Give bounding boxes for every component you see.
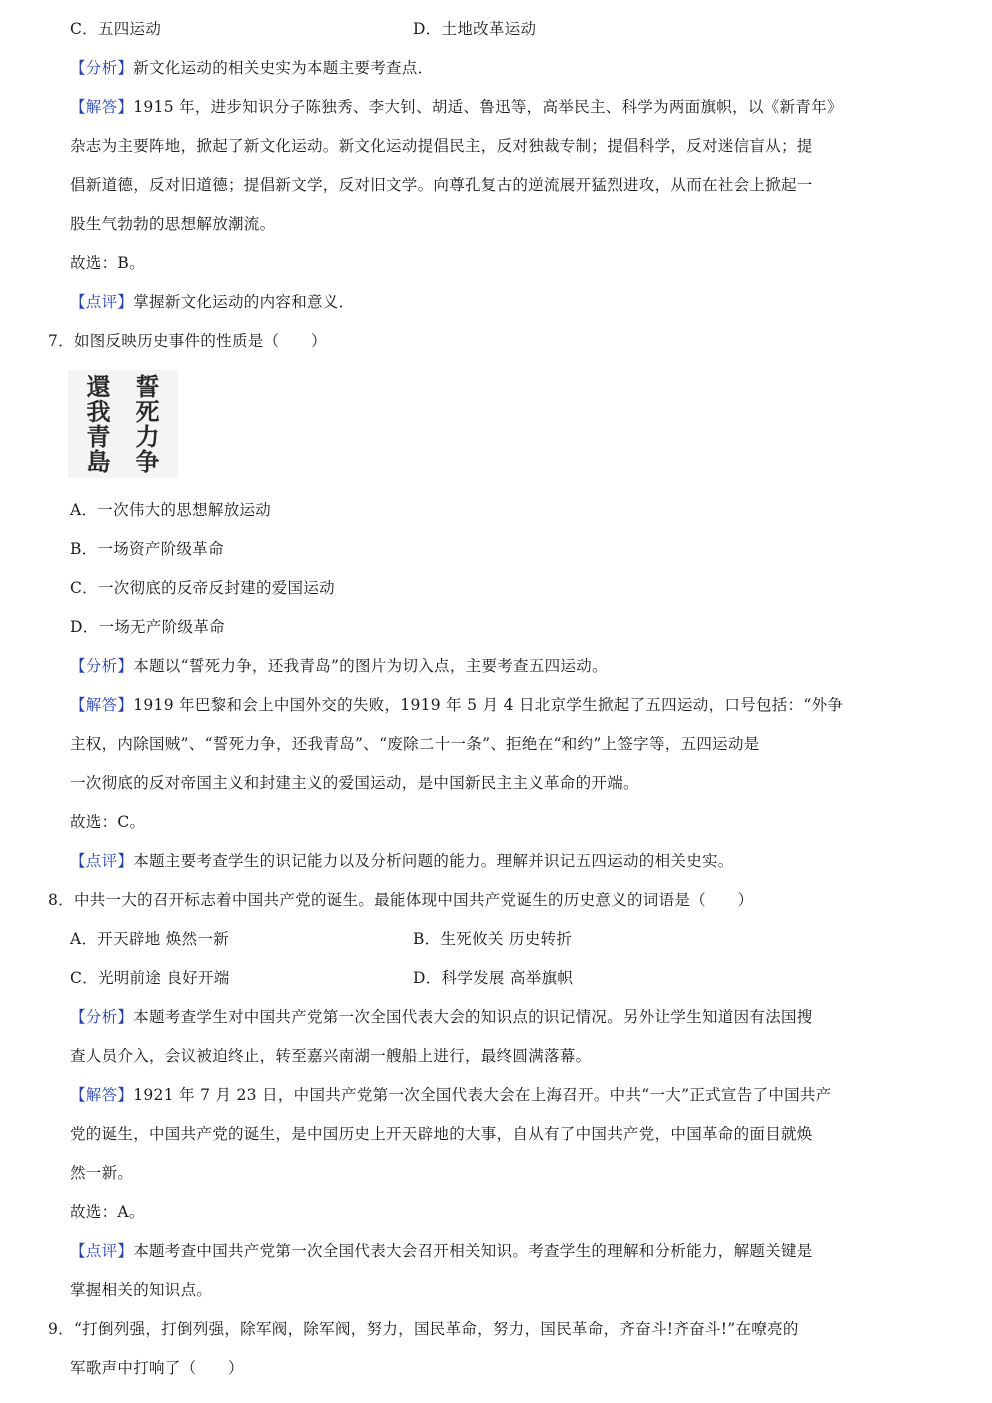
q8-stem: 8．中共一大的召开标志着中国共产党的诞生。最能体现中国共产党诞生的历史意义的词语… [48, 890, 753, 910]
q7-option-a: A．一次伟大的思想解放运动 [70, 500, 271, 520]
q8-option-b: B．生死攸关 历史转折 [413, 929, 572, 949]
q7-answer-line-1: 【解答】1919 年巴黎和会上中国外交的失败，1919 年 5 月 4 日北京学… [70, 695, 843, 715]
comment-text: 本题主要考查学生的识记能力以及分析问题的能力。理解并识记五四运动的相关史实。 [133, 852, 733, 870]
q8-option-c: C．光明前途 良好开端 [70, 968, 230, 988]
analysis-tag: 【分析】 [70, 1008, 133, 1026]
q6-answer-line-1: 【解答】1915 年，进步知识分子陈独秀、李大钊、胡适、鲁迅等，高举民主、科学为… [70, 97, 843, 117]
slogan-char: 力 [136, 425, 160, 449]
slogan-image: 還 我 青 島 誓 死 力 争 [68, 370, 178, 478]
q7-stem: 7．如图反映历史事件的性质是（ ） [48, 331, 327, 351]
q8-option-d: D．科学发展 高举旗帜 [413, 968, 573, 988]
q7-option-c: C．一次彻底的反帝反封建的爱国运动 [70, 578, 335, 598]
slogan-char: 死 [136, 400, 160, 424]
answer-tag: 【解答】 [70, 696, 133, 714]
slogan-right-column: 誓 死 力 争 [123, 374, 172, 474]
slogan-char: 我 [87, 400, 111, 424]
slogan-left-column: 還 我 青 島 [74, 374, 123, 474]
q6-analysis: 【分析】新文化运动的相关史实为本题主要考查点． [70, 58, 433, 78]
q8-option-a: A．开天辟地 焕然一新 [70, 929, 229, 949]
q8-analysis-line-1: 【分析】本题考查学生对中国共产党第一次全国代表大会的知识点的识记情况。另外让学生… [70, 1007, 813, 1027]
q6-answer-line-3: 倡新道德，反对旧道德；提倡新文学，反对旧文学。向尊孔复古的逆流展开猛烈进攻，从而… [70, 175, 813, 195]
slogan-char: 還 [87, 375, 111, 399]
analysis-tag: 【分析】 [70, 657, 133, 675]
comment-tag: 【点评】 [70, 1242, 133, 1260]
analysis-text: 本题考查学生对中国共产党第一次全国代表大会的知识点的识记情况。另外让学生知道因有… [133, 1008, 812, 1026]
q8-analysis-line-2: 查人员介入，会议被迫终止，转至嘉兴南湖一艘船上进行，最终圆满落幕。 [70, 1046, 591, 1066]
answer-tag: 【解答】 [70, 98, 133, 116]
comment-tag: 【点评】 [70, 852, 133, 870]
q6-answer-line-4: 股生气勃勃的思想解放潮流。 [70, 214, 275, 234]
q7-analysis: 【分析】本题以“誓死力争，还我青岛”的图片为切入点，主要考查五四运动。 [70, 656, 608, 676]
answer-text: 1919 年巴黎和会上中国外交的失败，1919 年 5 月 4 日北京学生掀起了… [133, 696, 843, 714]
q6-option-c: C．五四运动 [70, 19, 161, 39]
comment-text: 掌握新文化运动的内容和意义． [133, 293, 354, 311]
q9-stem-line-1: 9．“打倒列强，打倒列强，除军阀，除军阀，努力，国民革命，努力，国民革命，齐奋斗… [48, 1319, 799, 1339]
slogan-char: 誓 [136, 375, 160, 399]
q9-stem-line-2: 军歌声中打响了（ ） [70, 1358, 244, 1378]
answer-text: 1921 年 7 月 23 日，中国共产党第一次全国代表大会在上海召开。中共“一… [133, 1086, 831, 1104]
q7-comment: 【点评】本题主要考查学生的识记能力以及分析问题的能力。理解并识记五四运动的相关史… [70, 851, 734, 871]
q8-answer-line-2: 党的诞生，中国共产党的诞生，是中国历史上开天辟地的大事，自从有了中国共产党，中国… [70, 1124, 813, 1144]
answer-tag: 【解答】 [70, 1086, 133, 1104]
slogan-char: 争 [136, 450, 160, 474]
q6-answer-line-2: 杂志为主要阵地，掀起了新文化运动。新文化运动提倡民主，反对独裁专制；提倡科学，反… [70, 136, 813, 156]
analysis-tag: 【分析】 [70, 59, 133, 77]
answer-text: 1915 年，进步知识分子陈独秀、李大钊、胡适、鲁迅等，高举民主、科学为两面旗帜… [133, 98, 842, 116]
q7-option-b: B．一场资产阶级革命 [70, 539, 224, 559]
analysis-text: 本题以“誓死力争，还我青岛”的图片为切入点，主要考查五四运动。 [133, 657, 608, 675]
q8-answer-line-3: 然一新。 [70, 1163, 133, 1183]
comment-tag: 【点评】 [70, 293, 133, 311]
q7-answer-line-2: 主权，内除国贼”、“誓死力争，还我青岛”、“废除二十一条”、拒绝在“和约”上签字… [70, 734, 760, 754]
q8-choice: 故选：A。 [70, 1202, 145, 1222]
comment-text: 本题考查中国共产党第一次全国代表大会召开相关知识。考查学生的理解和分析能力，解题… [133, 1242, 812, 1260]
slogan-char: 青 [87, 425, 111, 449]
q6-comment: 【点评】掌握新文化运动的内容和意义． [70, 292, 354, 312]
q7-option-d: D．一场无产阶级革命 [70, 617, 225, 637]
analysis-text: 新文化运动的相关史实为本题主要考查点． [133, 59, 433, 77]
q6-option-d: D．土地改革运动 [413, 19, 536, 39]
slogan-char: 島 [87, 450, 111, 474]
q8-comment-line-1: 【点评】本题考查中国共产党第一次全国代表大会召开相关知识。考查学生的理解和分析能… [70, 1241, 813, 1261]
q7-choice: 故选：C。 [70, 812, 145, 832]
q8-answer-line-1: 【解答】1921 年 7 月 23 日，中国共产党第一次全国代表大会在上海召开。… [70, 1085, 832, 1105]
q8-comment-line-2: 掌握相关的知识点。 [70, 1280, 212, 1300]
q6-choice: 故选：B。 [70, 253, 145, 273]
q7-answer-line-3: 一次彻底的反对帝国主义和封建主义的爱国运动，是中国新民主主义革命的开端。 [70, 773, 639, 793]
